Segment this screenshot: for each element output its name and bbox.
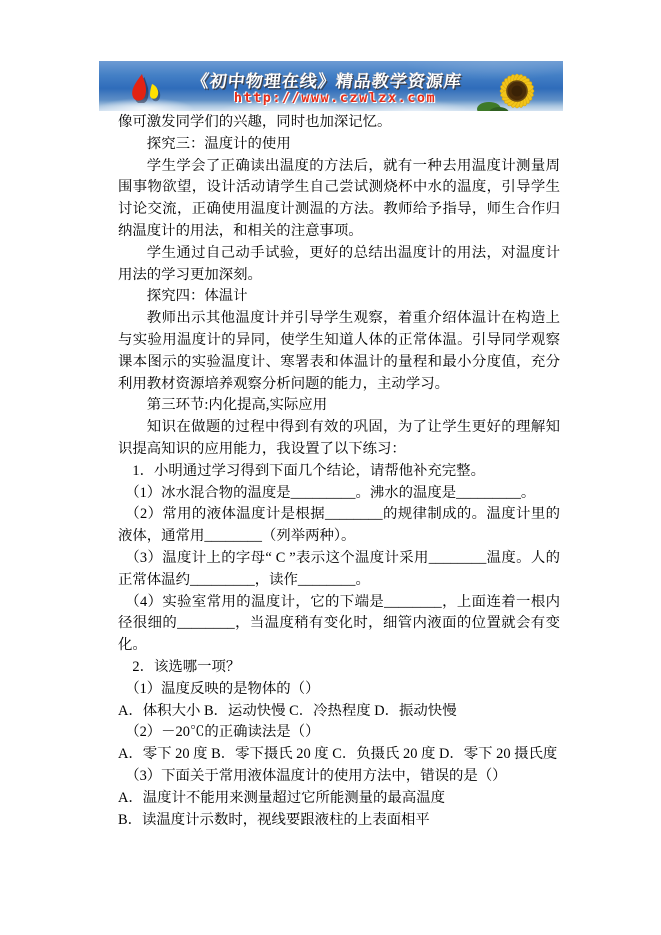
flame-logo-icon: [125, 73, 169, 103]
doc-paragraph: 学生学会了正确读出温度的方法后，就有一种去用温度计测量周围事物欲望，设计活动请学…: [118, 156, 560, 243]
doc-paragraph: A．零下 20 度 B．零下摄氏 20 度 C．负摄氏 20 度 D．零下 20…: [118, 744, 560, 766]
doc-paragraph: （3）下面关于常用液体温度计的使用方法中，错误的是（）: [118, 766, 560, 788]
doc-paragraph: 教师出示其他温度计并引导学生观察，着重介绍体温计在构造上与实验用温度计的异同，使…: [118, 308, 560, 395]
doc-paragraph: （4）实验室常用的温度计，它的下端是________，上面连着一根内径很细的__…: [118, 592, 560, 657]
doc-paragraph: 像可激发同学们的兴趣，同时也加深记忆。: [118, 112, 560, 134]
doc-paragraph: 探究三：温度计的使用: [118, 134, 560, 156]
banner-title: 《初中物理在线》精品教学资源库: [191, 67, 464, 92]
doc-paragraph: A．体积大小 B．运动快慢 C．冷热程度 D．振动快慢: [118, 701, 560, 723]
sunflower-icon: [477, 61, 547, 111]
doc-paragraph: （1）温度反映的是物体的（）: [118, 679, 560, 701]
doc-paragraph: B．读温度计示数时，视线要跟液柱的上表面相平: [118, 810, 560, 832]
document-page: 《初中物理在线》精品教学资源库 http://www.czwlzx.com: [0, 0, 661, 935]
doc-paragraph: （2）常用的液体温度计是根据________的规律制成的。温度计里的液体，通常用…: [118, 504, 560, 548]
doc-paragraph: 2．该选哪一项？: [118, 657, 560, 679]
doc-paragraph: 探究四：体温计: [118, 286, 560, 308]
doc-paragraph: （1）冰水混合物的温度是_________。沸水的温度是_________。: [118, 483, 560, 505]
doc-paragraph: 第三环节:内化提高,实际应用: [118, 395, 560, 417]
document-body: 像可激发同学们的兴趣，同时也加深记忆。 探究三：温度计的使用 学生学会了正确读出…: [118, 112, 560, 831]
doc-paragraph: 学生通过自己动手试验，更好的总结出温度计的用法，对温度计用法的学习更加深刻。: [118, 243, 560, 287]
site-banner: 《初中物理在线》精品教学资源库 http://www.czwlzx.com: [99, 61, 563, 111]
doc-paragraph: 1．小明通过学习得到下面几个结论，请帮他补充完整。: [118, 461, 560, 483]
doc-paragraph: （3）温度计上的字母“ C ”表示这个温度计采用________温度。人的正常体…: [118, 548, 560, 592]
doc-paragraph: （2）－20℃的正确读法是（）: [118, 722, 560, 744]
banner-text-block: 《初中物理在线》精品教学资源库 http://www.czwlzx.com: [169, 61, 485, 111]
doc-paragraph: 知识在做题的过程中得到有效的巩固，为了让学生更好的理解知识提高知识的应用能力，我…: [118, 417, 560, 461]
doc-paragraph: A．温度计不能用来测量超过它所能测量的最高温度: [118, 788, 560, 810]
